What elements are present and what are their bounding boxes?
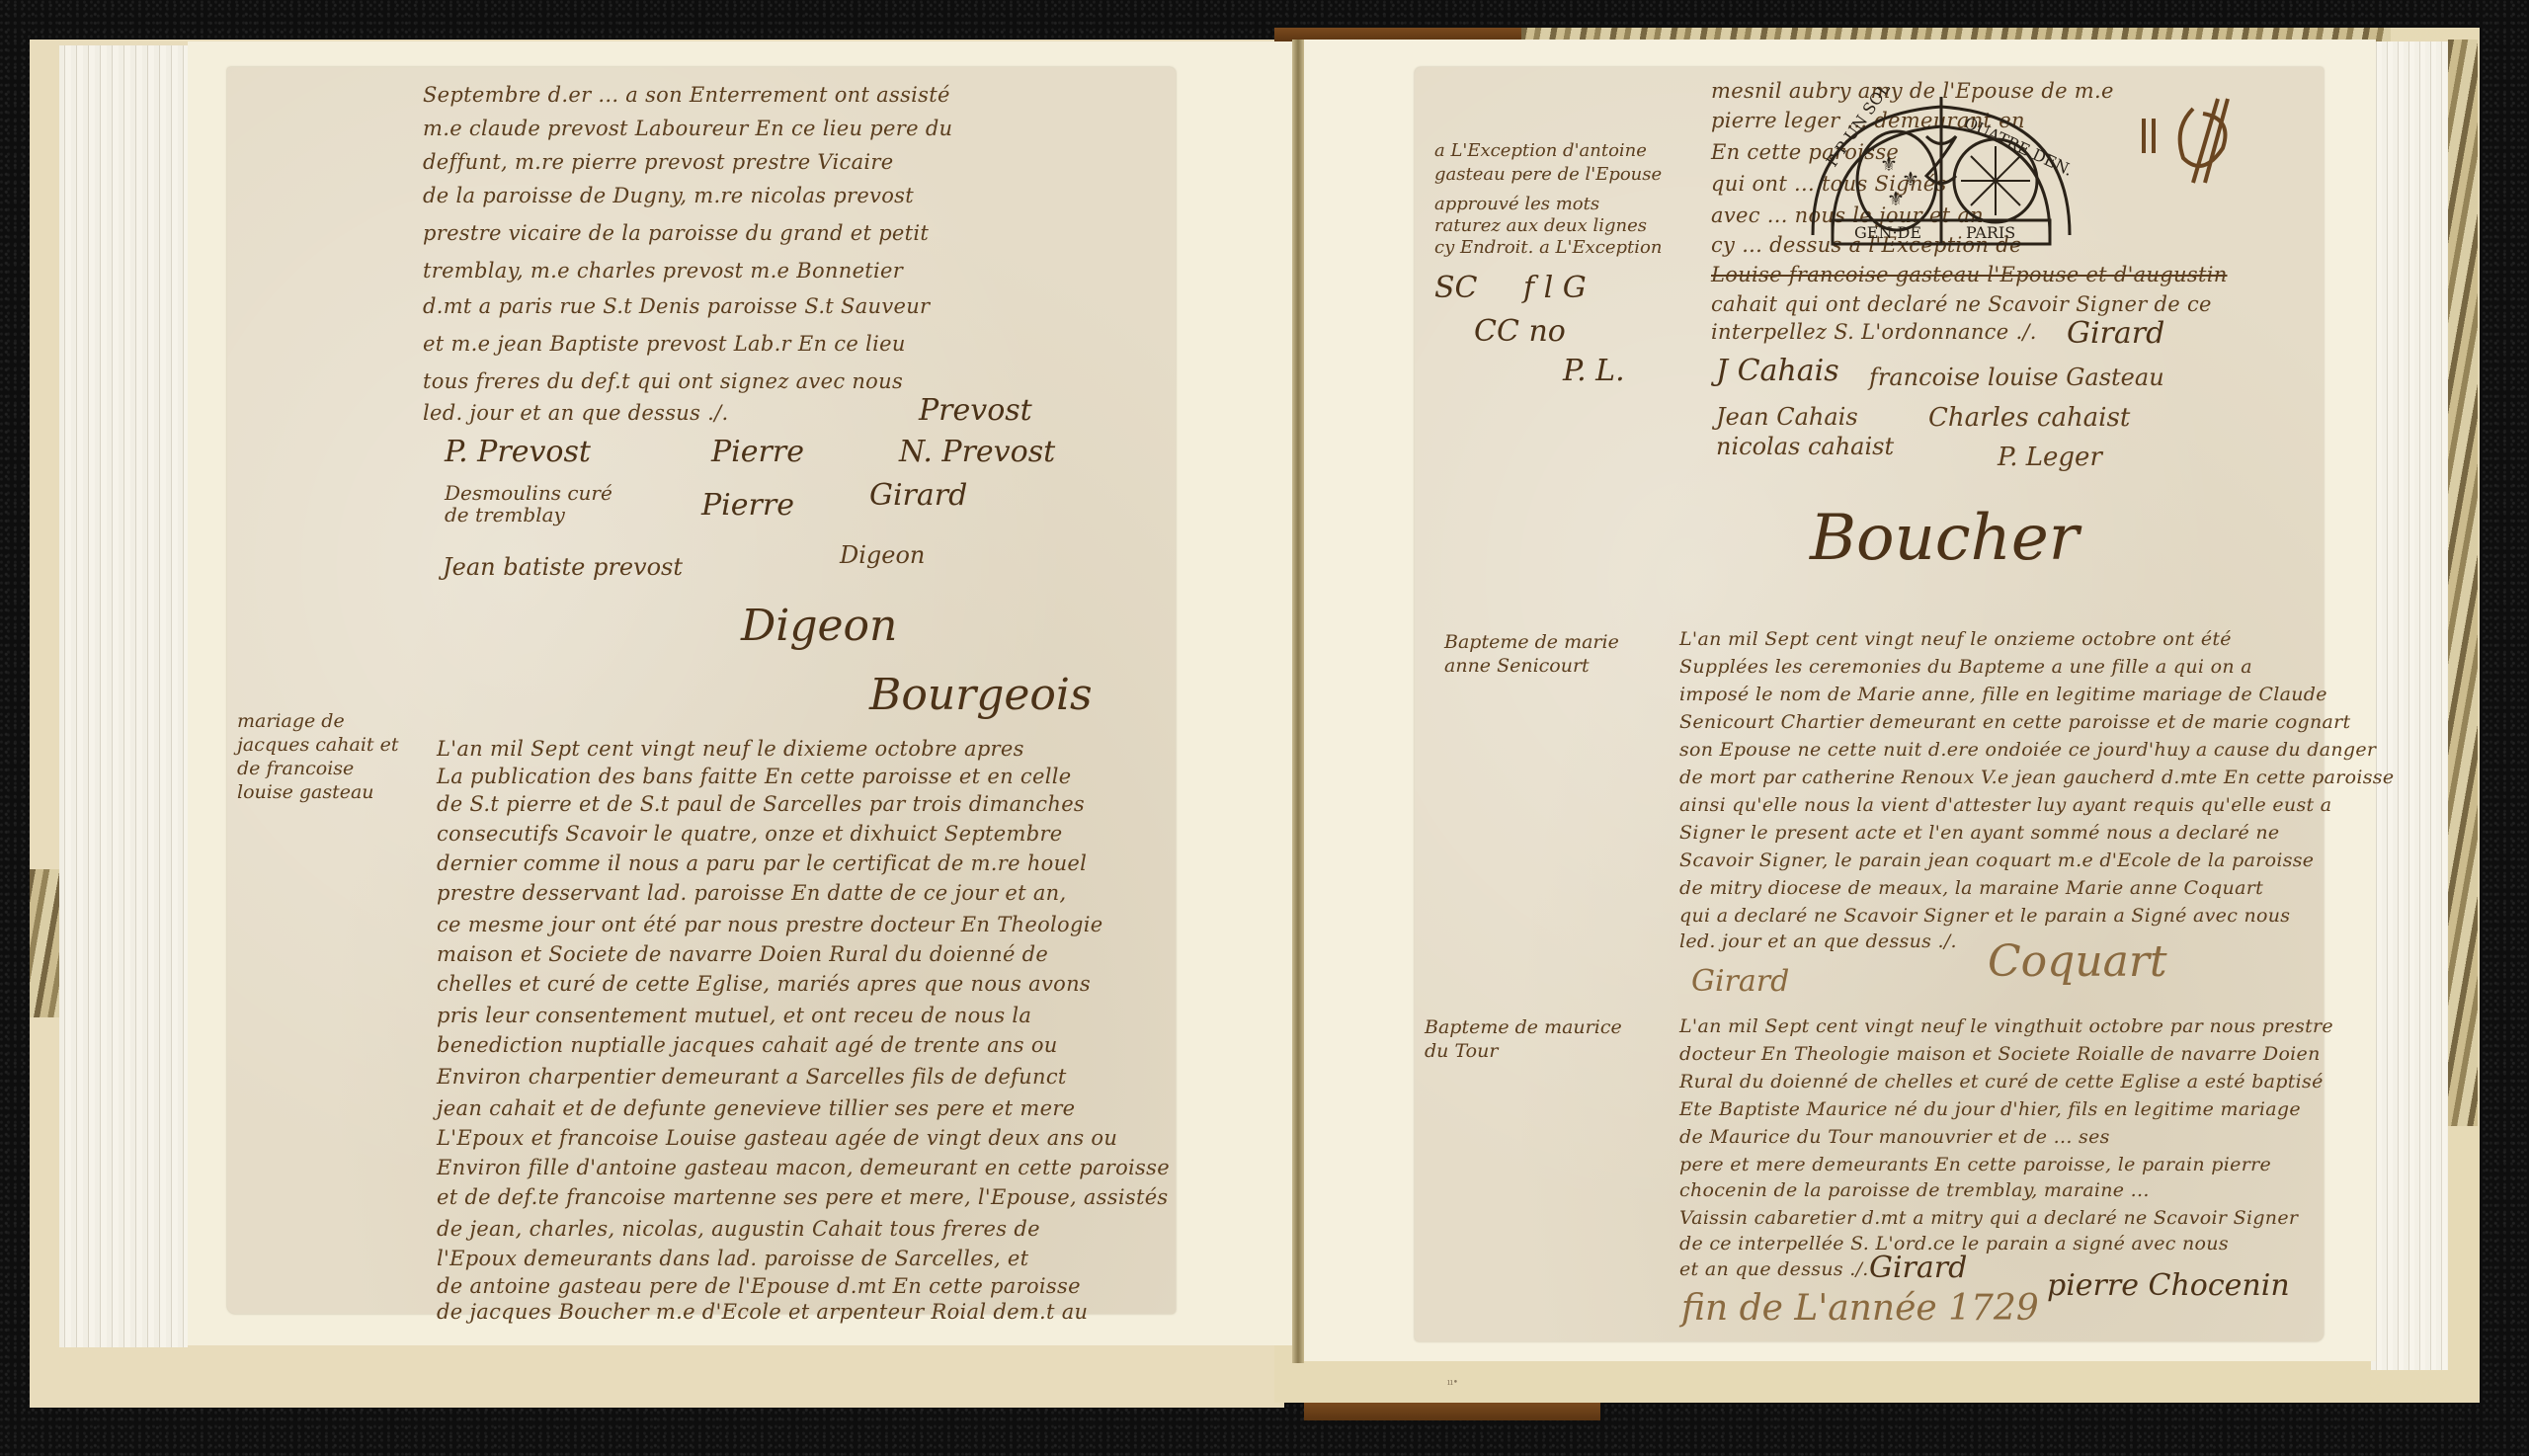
- text-line: interpellez S. L'ordonnance ./.: [1711, 322, 2037, 343]
- text-line: led. jour et an que dessus ./.: [423, 403, 729, 424]
- text-line: ce mesme jour ont été par nous prestre d…: [437, 915, 1102, 935]
- text-line: Septembre d.er ... a son Enterrement ont…: [423, 85, 950, 106]
- text-line: d.mt a paris rue S.t Denis paroisse S.t …: [423, 296, 930, 317]
- text-line: approuvé les mots: [1434, 194, 1599, 214]
- initials: SC: [1434, 271, 1478, 305]
- text-line: de jacques Boucher m.e d'Ecole et arpent…: [437, 1302, 1088, 1323]
- text-line: de antoine gasteau pere de l'Epouse d.mt…: [437, 1276, 1081, 1297]
- text-line: raturez aux deux lignes: [1434, 215, 1647, 236]
- svg-text:PARIS: PARIS: [1966, 223, 2015, 242]
- text-line: pere et mere demeurants En cette paroiss…: [1679, 1156, 2271, 1174]
- signature: J Cahais: [1716, 354, 1839, 388]
- signature: Pierre: [701, 488, 794, 523]
- text-line: de mort par catherine Renoux V.e jean ga…: [1679, 768, 2394, 787]
- text-line: tous freres du def.t qui ont signez avec…: [423, 371, 903, 392]
- svg-text:⚜: ⚜: [1880, 152, 1898, 176]
- manuscript-page-right: mesnil aubry amy de l'Epouse de m.e pier…: [1415, 67, 2324, 1341]
- book-gutter: [1292, 40, 1304, 1363]
- signature: Digeon: [840, 541, 925, 569]
- text-line: pris leur consentement mutuel, et ont re…: [437, 1006, 1031, 1026]
- margin-note-marriage: mariage de jacques cahait et de francois…: [237, 709, 415, 804]
- text-line: cy Endroit. a L'Exception: [1434, 237, 1662, 258]
- signature: P. Prevost: [445, 435, 591, 469]
- text-line: deffunt, m.re pierre prevost prestre Vic…: [423, 152, 894, 173]
- text-line: dernier comme il nous a paru par le cert…: [437, 853, 1087, 874]
- text-line: cahait qui ont declaré ne Scavoir Signer…: [1711, 294, 2212, 315]
- text-line: son Epouse ne cette nuit d.ere ondoiée c…: [1679, 741, 2376, 760]
- text-line: m.e claude prevost Laboureur En ce lieu …: [423, 119, 952, 139]
- signature: Girard: [1691, 964, 1789, 999]
- text-line: led. jour et an que dessus ./.: [1679, 932, 1957, 951]
- tax-stamp-seal: P·P·UN SOL QUATRE DEN. GEN·DE PARIS ⚜⚜⚜: [1793, 87, 2089, 255]
- text-line: L'an mil Sept cent vingt neuf le dixieme…: [437, 739, 1024, 760]
- text-line: prestre desservant lad. paroisse En datt…: [437, 883, 1066, 904]
- signature: nicolas cahaist: [1716, 433, 1894, 460]
- text-line: L'Epoux et francoise Louise gasteau agée…: [437, 1128, 1117, 1149]
- text-line: benediction nuptialle jacques cahait agé…: [437, 1035, 1058, 1056]
- marbled-endpaper-left: [30, 869, 59, 1017]
- signature: Jean batiste prevost: [443, 553, 683, 581]
- signature: Pierre: [711, 435, 804, 469]
- text-line: gasteau pere de l'Epouse: [1434, 164, 1662, 185]
- folio-mark: ıı•: [1447, 1378, 1458, 1388]
- text-line: Signer le present acte et l'en ayant som…: [1679, 824, 2279, 843]
- text-line: et m.e jean Baptiste prevost Lab.r En ce…: [423, 334, 906, 355]
- svg-text:GEN·DE: GEN·DE: [1854, 223, 1921, 242]
- text-line: Supplées les ceremonies du Bapteme a une…: [1679, 658, 2252, 677]
- text-line: chelles et curé de cette Eglise, mariés …: [437, 974, 1091, 995]
- text-line: Environ fille d'antoine gasteau macon, d…: [437, 1158, 1170, 1178]
- text-line: de S.t pierre et de S.t paul de Sarcelle…: [437, 794, 1085, 815]
- text-line: Rural du doienné de chelles et curé de c…: [1679, 1073, 2324, 1092]
- text-line: et de def.te francoise martenne ses pere…: [437, 1187, 1169, 1208]
- signature: pierre Chocenin: [2047, 1268, 2290, 1303]
- closing-note-end-of-year: fin de L'année 1729: [1681, 1288, 2039, 1329]
- text-line: de jean, charles, nicolas, augustin Caha…: [437, 1219, 1040, 1240]
- text-line: Environ charpentier demeurant a Sarcelle…: [437, 1067, 1067, 1088]
- leather-spine-bottom: [1304, 1403, 1600, 1420]
- text-line: qui a declaré ne Scavoir Signer et le pa…: [1679, 907, 2290, 926]
- text-line: ainsi qu'elle nous la vient d'attester l…: [1679, 796, 2331, 815]
- page-block-right: [2371, 41, 2448, 1370]
- signature: Prevost: [919, 393, 1032, 428]
- text-line: l'Epoux demeurants dans lad. paroisse de…: [437, 1249, 1028, 1269]
- text-line: Louise francoise gasteau l'Epouse et d'a…: [1711, 265, 2228, 285]
- text-line: Scavoir Signer, le parain jean coquart m…: [1679, 851, 2314, 870]
- initials: f l G: [1523, 271, 1587, 305]
- page-block-left: [59, 45, 188, 1347]
- signature: francoise louise Gasteau: [1869, 364, 2164, 391]
- text-line: Ete Baptiste Maurice né du jour d'hier, …: [1679, 1100, 2301, 1119]
- text-line: de Maurice du Tour manouvrier et de ... …: [1679, 1128, 2110, 1147]
- signature: Girard: [1869, 1251, 1967, 1285]
- signature: Girard: [869, 478, 967, 513]
- margin-title-bapteme-1: Bapteme de marie anne Senicourt: [1444, 630, 1642, 678]
- margin-title-bapteme-2: Bapteme de maurice du Tour: [1425, 1015, 1622, 1063]
- ink-flourish-marks: [2134, 89, 2272, 188]
- text-line: Vaissin cabaretier d.mt a mitry qui a de…: [1679, 1209, 2298, 1228]
- text-line: La publication des bans faitte En cette …: [437, 767, 1071, 787]
- text-line: tremblay, m.e charles prevost m.e Bonnet…: [423, 261, 903, 282]
- text-line: prestre vicaire de la paroisse du grand …: [423, 223, 929, 244]
- signature: Bourgeois: [869, 670, 1093, 720]
- signature: Charles cahaist: [1928, 403, 2130, 433]
- text-line: chocenin de la paroisse de tremblay, mar…: [1679, 1181, 2150, 1200]
- manuscript-page-left: Septembre d.er ... a son Enterrement ont…: [227, 67, 1176, 1314]
- text-line: L'an mil Sept cent vingt neuf le vingthu…: [1679, 1017, 2333, 1036]
- text-line: maison et Societe de navarre Doien Rural…: [437, 944, 1048, 965]
- text-line: a L'Exception d'antoine: [1434, 140, 1647, 161]
- signature: Boucher: [1810, 502, 2079, 575]
- initials: CC no: [1474, 314, 1566, 349]
- text-line: L'an mil Sept cent vingt neuf le onzieme…: [1679, 630, 2232, 649]
- signature: P. Leger: [1998, 443, 2102, 472]
- signature: Jean Cahais: [1716, 403, 1858, 431]
- text-line: jean cahait et de defunte genevieve till…: [437, 1098, 1075, 1119]
- signature: Girard: [2067, 316, 2164, 351]
- text-line: docteur En Theologie maison et Societe R…: [1679, 1045, 2321, 1064]
- text-line: de mitry diocese de meaux, la maraine Ma…: [1679, 879, 2263, 898]
- text-line: consecutifs Scavoir le quatre, onze et d…: [437, 824, 1063, 845]
- marbled-endpaper-right: [2448, 40, 2478, 1126]
- initials: P. L.: [1563, 354, 1625, 388]
- text-line: de la paroisse de Dugny, m.re nicolas pr…: [423, 186, 914, 206]
- signature: Digeon: [741, 601, 897, 651]
- text-line: imposé le nom de Marie anne, fille en le…: [1679, 686, 2327, 704]
- svg-text:⚜: ⚜: [1887, 187, 1905, 210]
- text-line: et an que dessus ./.: [1679, 1260, 1869, 1279]
- svg-text:QUATRE DEN.: QUATRE DEN.: [1961, 113, 2076, 179]
- signature: Coquart: [1988, 936, 2167, 987]
- text-line: Senicourt Chartier demeurant en cette pa…: [1679, 713, 2350, 732]
- signature: Desmoulins curé de tremblay: [445, 482, 622, 526]
- signature: N. Prevost: [899, 435, 1055, 469]
